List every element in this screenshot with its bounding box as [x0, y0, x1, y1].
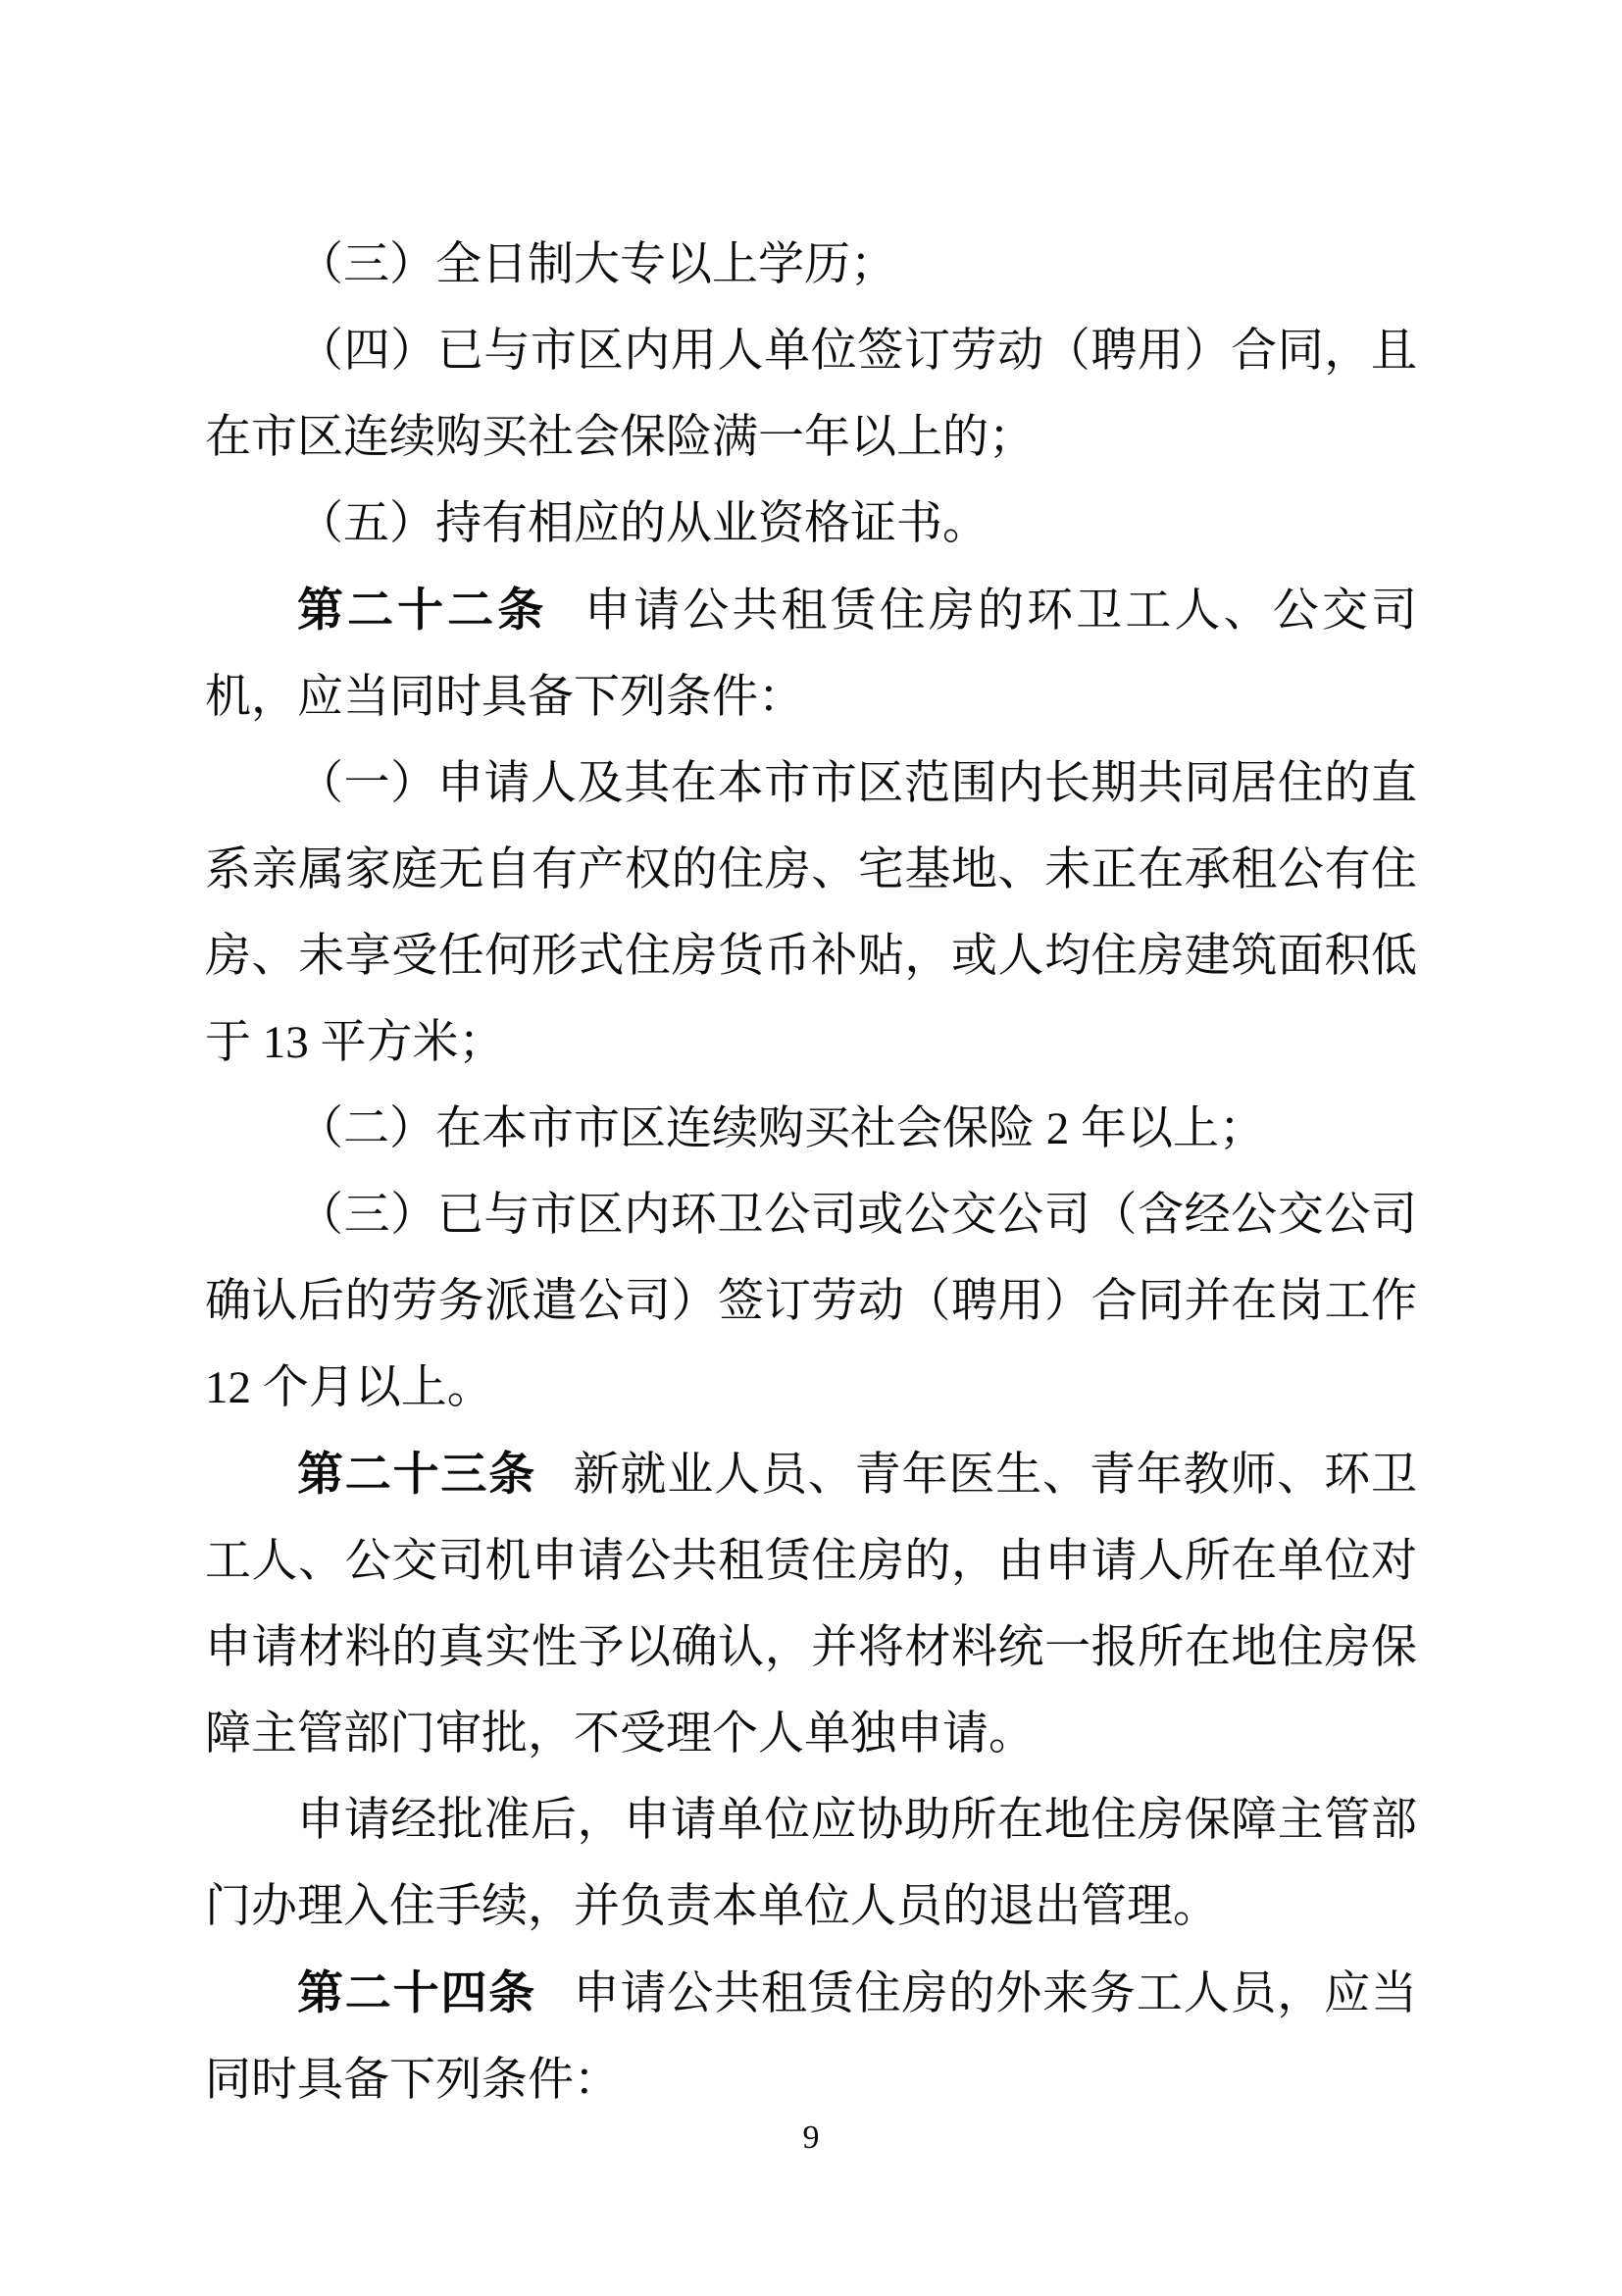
paragraph: （二）在本市市区连续购买社会保险 2 年以上； — [205, 1086, 1417, 1172]
paragraph-text: （四）已与市区内用人单位签订劳动（聘用）合同，且在市区连续购买社会保险满一年以上… — [205, 326, 1417, 463]
paragraph-text: （一）申请人及其在本市市区范围内长期共同居住的直系亲属家庭无自有产权的住房、宅基… — [205, 758, 1417, 1068]
paragraph: 第二十三条新就业人员、青年医生、青年教师、环卫工人、公交司机申请公共租赁住房的，… — [205, 1431, 1417, 1777]
paragraph: 第二十二条申请公共租赁住房的环卫工人、公交司机，应当同时具备下列条件： — [205, 567, 1417, 740]
paragraph-text: （五）持有相应的从业资格证书。 — [297, 498, 988, 549]
paragraph: （三）已与市区内环卫公司或公交公司（含经公交公司确认后的劳务派遣公司）签订劳动（… — [205, 1172, 1417, 1431]
paragraph: （五）持有相应的从业资格证书。 — [205, 481, 1417, 567]
article-number: 第二十二条 — [297, 584, 547, 636]
paragraph-text: （二）在本市市区连续购买社会保险 2 年以上； — [297, 1103, 1265, 1154]
paragraph: 第二十四条申请公共租赁住房的外来务工人员，应当同时具备下列条件： — [205, 1950, 1417, 2123]
page-number: 9 — [0, 2117, 1622, 2160]
paragraph-text: （三）已与市区内环卫公司或公交公司（含经公交公司确认后的劳务派遣公司）签订劳动（… — [205, 1190, 1417, 1413]
article-number: 第二十四条 — [297, 1966, 536, 2018]
paragraph: （三）全日制大专以上学历； — [205, 222, 1417, 308]
document-page: （三）全日制大专以上学历； （四）已与市区内用人单位签订劳动（聘用）合同，且在市… — [0, 0, 1622, 2296]
paragraph: 申请经批准后，申请单位应协助所在地住房保障主管部门办理入住手续，并负责本单位人员… — [205, 1777, 1417, 1950]
paragraph-text: （三）全日制大专以上学历； — [297, 239, 896, 290]
paragraph: （四）已与市区内用人单位签订劳动（聘用）合同，且在市区连续购买社会保险满一年以上… — [205, 308, 1417, 481]
paragraph: （一）申请人及其在本市市区范围内长期共同居住的直系亲属家庭无自有产权的住房、宅基… — [205, 740, 1417, 1086]
paragraph-text: 申请经批准后，申请单位应协助所在地住房保障主管部门办理入住手续，并负责本单位人员… — [205, 1795, 1417, 1932]
document-content: （三）全日制大专以上学历； （四）已与市区内用人单位签订劳动（聘用）合同，且在市… — [205, 222, 1417, 2123]
article-number: 第二十三条 — [297, 1448, 536, 1500]
